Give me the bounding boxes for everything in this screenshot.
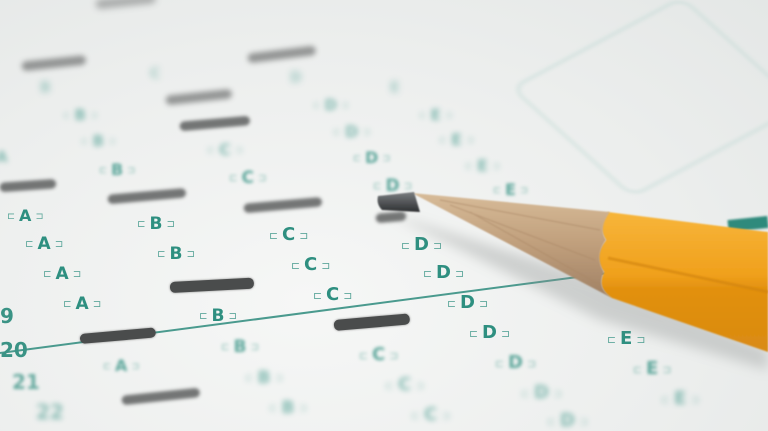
answer-sheet-photo: 9 20 21 22 A ⊏A⊐ ⊏A⊐ ⊏A⊐ ⊏A⊐ ⊏A⊐ B ⊏B⊐ ⊏… <box>0 0 768 431</box>
pencil <box>0 0 768 431</box>
